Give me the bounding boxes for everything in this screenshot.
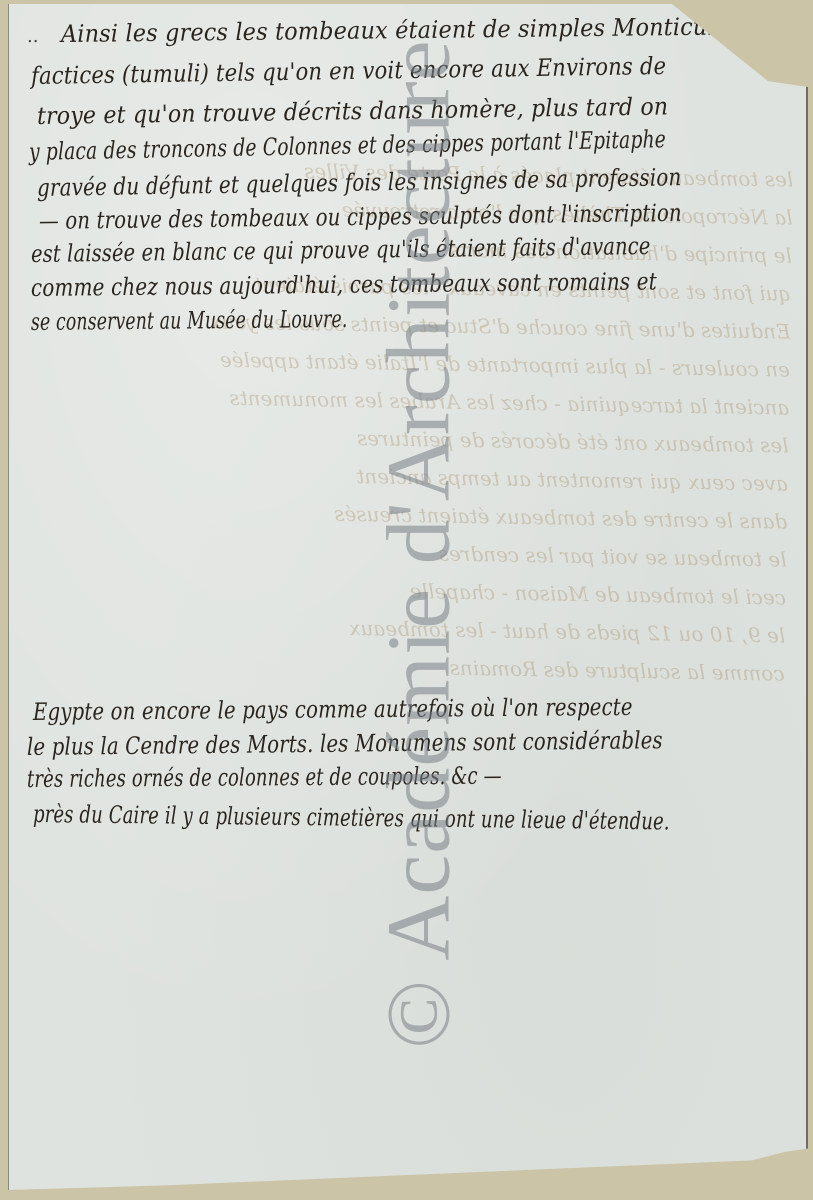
margin-mark: .. [27,26,38,47]
handwritten-line: Ainsi les grecs les tombeaux étaient de … [61,12,740,48]
bleed-line: les tombeaux ont été décorés de peinture… [28,413,789,464]
handwritten-line: comme chez nous aujourd'hui, ces tombeau… [31,267,657,302]
bleed-line: avec ceux qui remontent au temps ancient [28,451,789,502]
handwritten-line: — on trouve des tombeaux ou cippes sculp… [39,199,682,235]
bleed-line: ceci le tombeau de Maison - chapelle [26,565,787,616]
handwritten-line: est laissée en blanc ce qui prouve qu'il… [31,232,651,268]
handwritten-line: troye et qu'on trouve décrits dans homèr… [37,92,669,130]
handwritten-line: le plus la Cendre des Morts. les Monumen… [27,726,663,761]
bleed-line: comme la sculpture des Romains [24,641,785,692]
bleed-line: ancient la tarcequinia - chez les Arabes… [29,375,790,426]
handwritten-line: se conservent au Musée du Louvre. [31,305,348,336]
handwritten-line: factices (tumuli) tels qu'on en voit enc… [31,52,667,90]
handwritten-line: très riches ornés de colonnes et de coup… [27,762,502,793]
manuscript-page: les tombeaux étaient placés à la Porte d… [8,4,808,1190]
bleed-line: le 9, 10 ou 12 pieds de haut - les tombe… [25,603,786,654]
handwritten-line: gravée du défunt et quelques fois les in… [37,163,682,202]
handwritten-line: y placa des troncons de Colonnes et des … [29,125,666,166]
bleed-line: en couleurs - la plus importante de l'It… [30,337,791,388]
bleed-line: dans le centre des tombeaux étaient creu… [27,489,788,540]
handwritten-line: Egypte on encore le pays comme autrefois… [33,693,633,726]
handwritten-line: près du Caire il y a plusieurs cimetière… [33,800,670,835]
bleed-line: le tombeau se voit par les cendres [26,527,787,578]
